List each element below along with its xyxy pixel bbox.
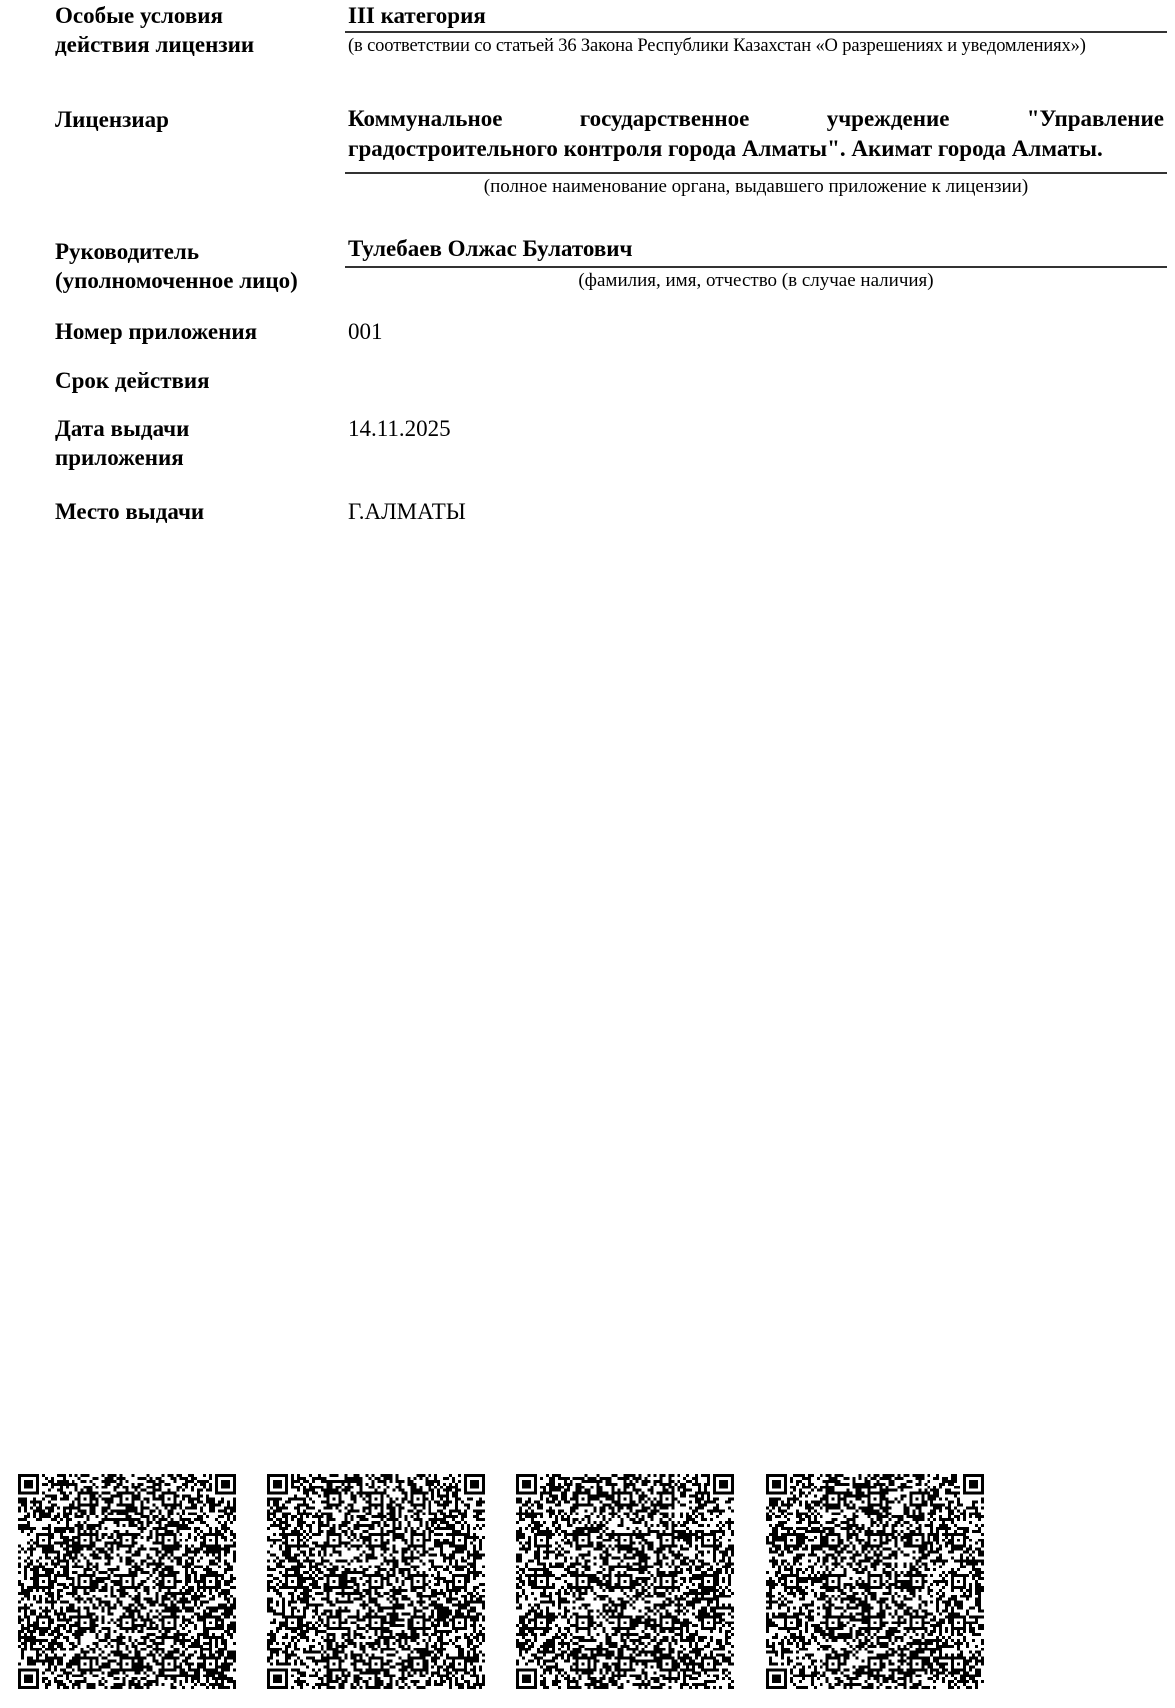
head-hint: (фамилия, имя, отчество (в случае наличи… — [345, 270, 1167, 292]
appendix-number-value: 001 — [348, 317, 383, 346]
qr-code-1 — [18, 1474, 236, 1689]
special-conditions-label-line1: Особые условия — [55, 1, 223, 30]
issue-place-value: Г.АЛМАТЫ — [348, 497, 466, 526]
issue-place-label: Место выдачи — [55, 497, 204, 526]
special-conditions-value: III категория — [348, 1, 486, 30]
head-label-line1: Руководитель — [55, 237, 199, 266]
issue-date-value: 14.11.2025 — [348, 414, 451, 443]
special-conditions-hint: (в соответствии со статьей 36 Закона Рес… — [348, 35, 1170, 57]
qr-code-4 — [766, 1474, 984, 1689]
issue-date-label-line1: Дата выдачи — [55, 414, 189, 443]
licensor-label: Лицензиар — [55, 105, 169, 134]
qr-code-3 — [516, 1474, 734, 1689]
licensor-value-line1: Коммунальное государственное учреждение … — [348, 104, 1164, 133]
licensor-underline — [345, 172, 1167, 174]
special-conditions-label-line2: действия лицензии — [55, 30, 254, 59]
appendix-number-label: Номер приложения — [55, 317, 257, 346]
head-underline — [345, 266, 1167, 268]
special-conditions-underline — [345, 31, 1167, 33]
licensor-hint: (полное наименование органа, выдавшего п… — [345, 176, 1167, 198]
head-value: Тулебаев Олжас Булатович — [348, 234, 632, 263]
validity-label: Срок действия — [55, 366, 210, 395]
issue-date-label-line2: приложения — [55, 443, 184, 472]
qr-code-2 — [267, 1474, 485, 1689]
licensor-value-line2: градостроительного контроля города Алмат… — [348, 134, 1103, 163]
head-label-line2: (уполномоченное лицо) — [55, 266, 298, 295]
